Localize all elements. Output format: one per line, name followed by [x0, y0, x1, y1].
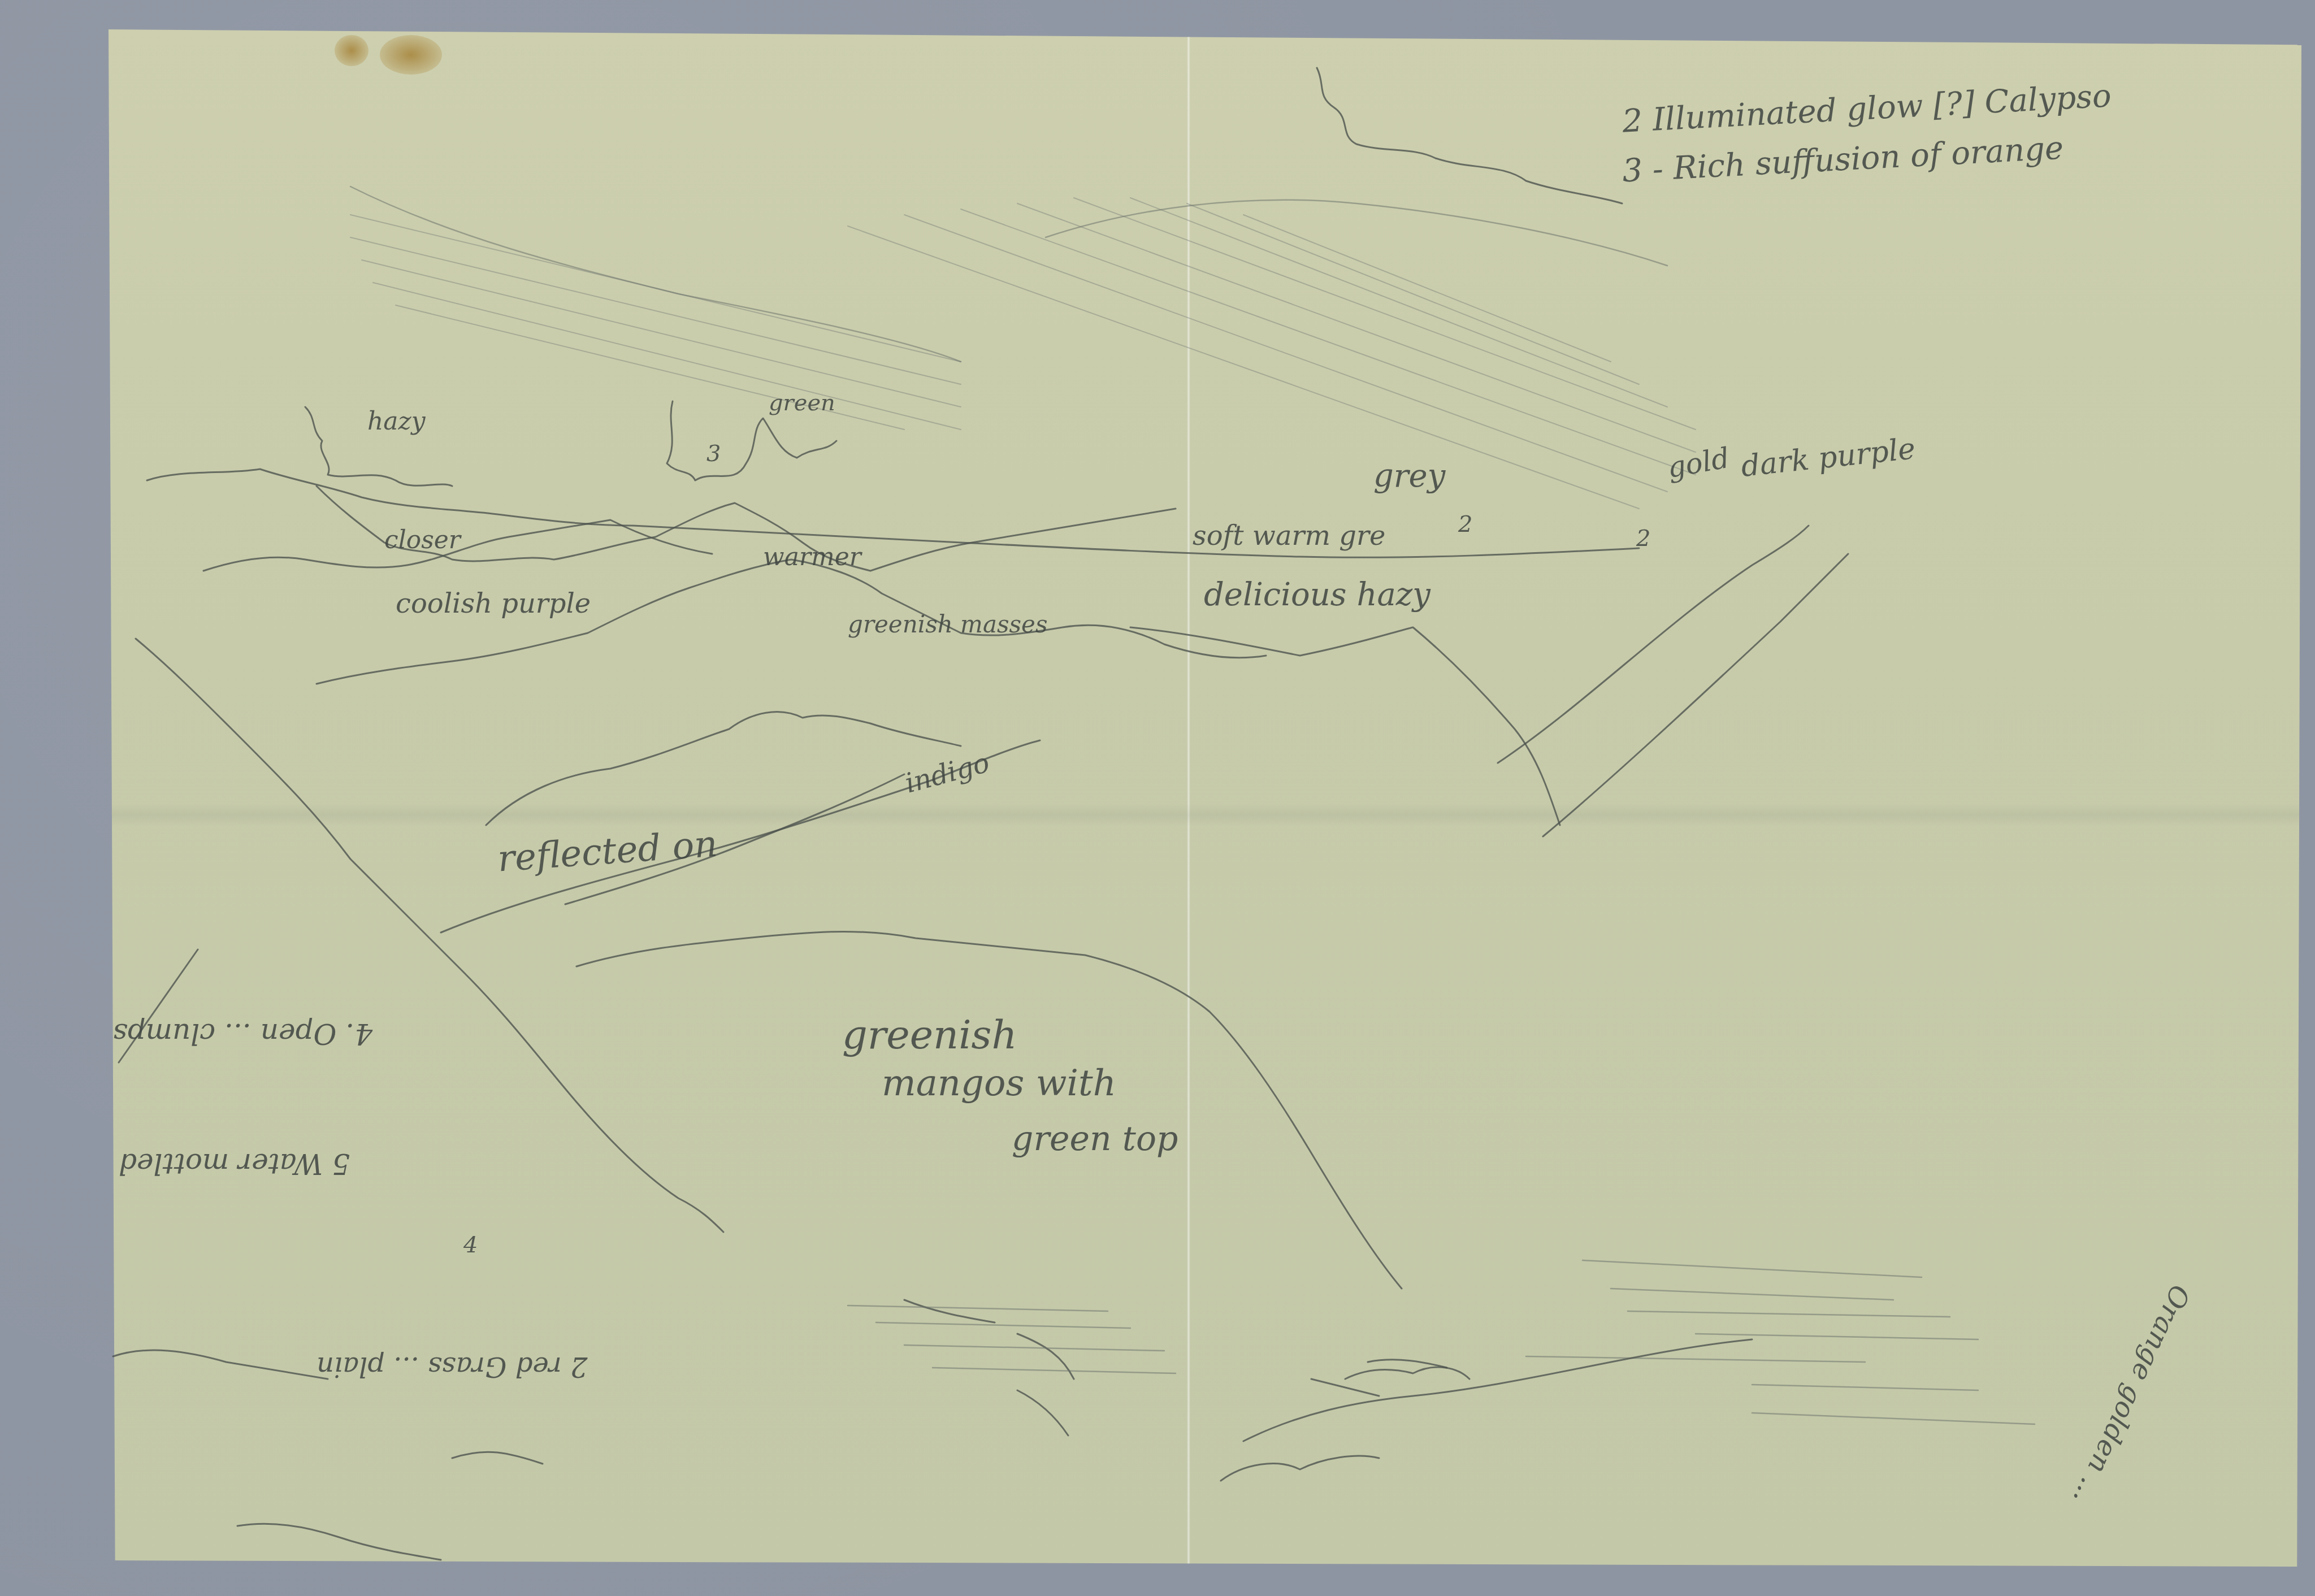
annotation-hazy: hazy: [367, 407, 426, 436]
cloud-island: [1345, 1367, 1469, 1379]
annotation-greenish: greenish: [842, 1012, 1017, 1058]
annotation-upside-down-4: 4. Open ... clumps: [113, 1017, 372, 1050]
annotation-numeral-2: 2: [1458, 511, 1472, 537]
annotation-numeral-3: 3: [706, 441, 721, 467]
annotation-warmer: warmer: [763, 543, 861, 571]
annotation-numeral-4: 4: [463, 1232, 478, 1258]
annotation-grey: grey: [1373, 458, 1445, 495]
valley-outline: [486, 712, 961, 825]
annotation-upside-down-5: 5 Water mottled: [119, 1147, 350, 1180]
water-strokes: [113, 1260, 2035, 1560]
annotation-mangos-with: mangos with: [882, 1062, 1116, 1104]
cloud-outline: [1317, 68, 1622, 203]
annotation-delicious-hazy: delicious hazy: [1204, 576, 1430, 613]
greenish-masses-ridge: [317, 560, 1266, 684]
annotation-upside-down-bottom: 2 red Grass ... plain: [317, 1351, 588, 1382]
cloud-island: [1221, 1456, 1379, 1481]
annotation-soft-warm-grey: soft warm gre: [1193, 520, 1385, 552]
right-hill: [1130, 627, 1560, 825]
annotation-green-top: green top: [1012, 1119, 1178, 1159]
annotation-greenish-masses: greenish masses: [848, 610, 1048, 638]
right-slope-line: [1498, 526, 1809, 763]
lower-hill: [576, 931, 1402, 1289]
left-hillside: [136, 639, 723, 1232]
annotation-coolish-purple: coolish purple: [396, 588, 591, 619]
annotation-green: green: [769, 390, 835, 416]
sky-hatching: [350, 187, 1696, 509]
right-slope-line-2: [1543, 554, 1848, 836]
annotation-numeral-2: 2: [1636, 526, 1650, 552]
annotation-closer: closer: [384, 526, 461, 554]
